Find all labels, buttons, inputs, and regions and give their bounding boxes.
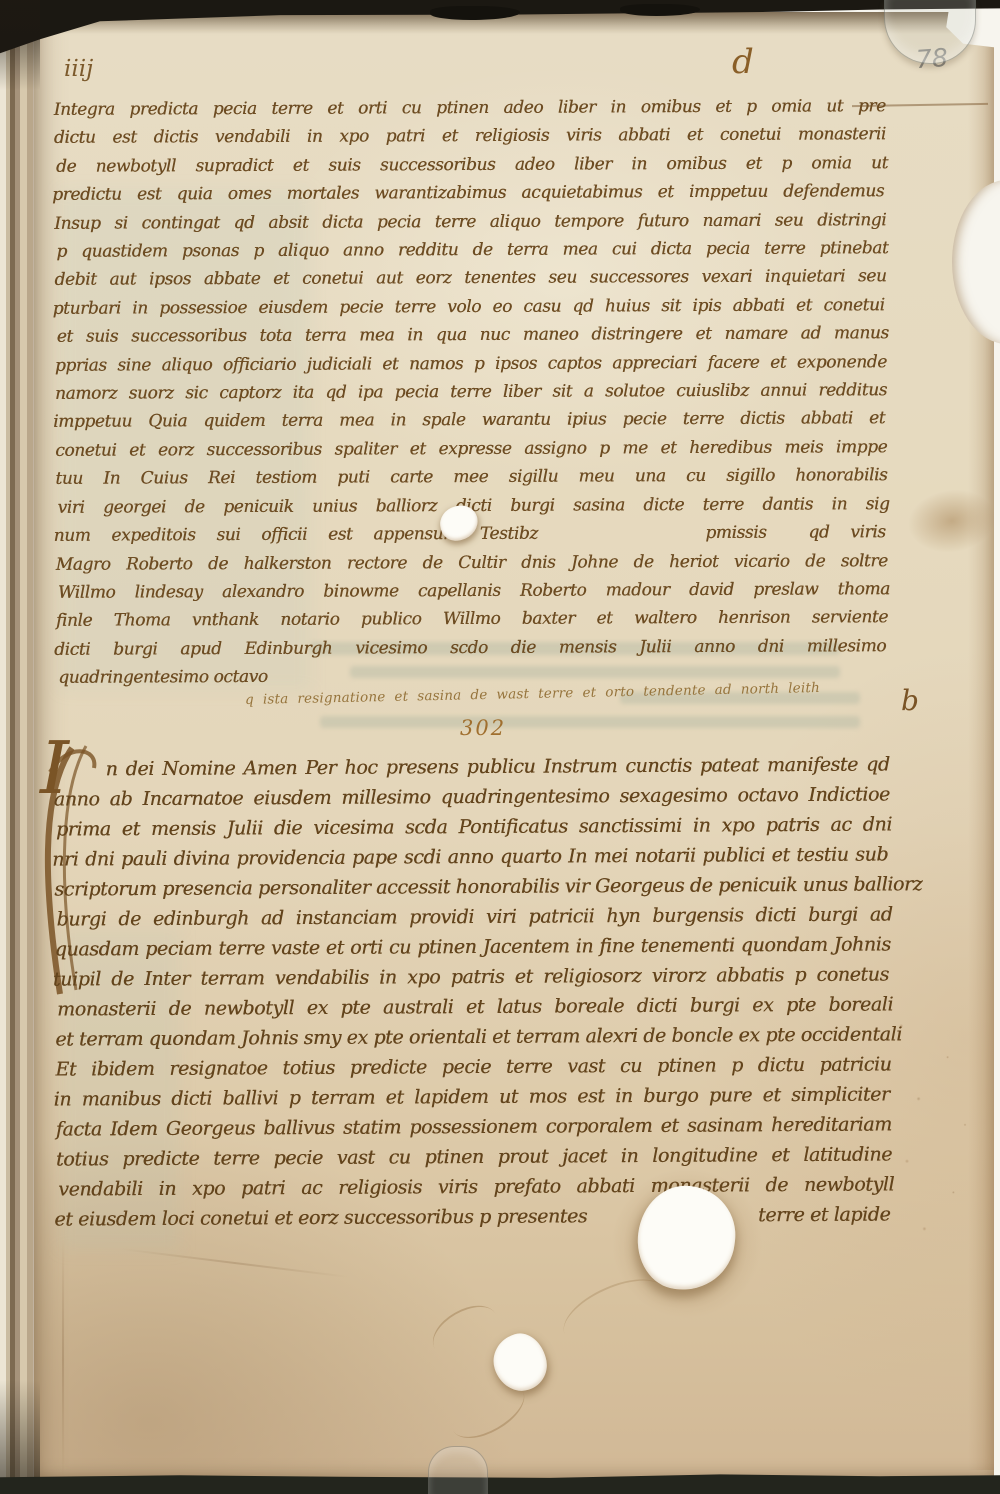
charter-line: predictu est quia omes mortales warantiz… (52, 177, 884, 209)
charter-line: de newbotyll supradict et suis successor… (56, 149, 888, 181)
charter-line: debit aut ipsos abbate et conetui aut eo… (54, 263, 886, 295)
charter-line: Insup si contingat qd absit dicta pecia … (54, 206, 886, 238)
charter-line: conetui et eorz successoribus spaliter e… (55, 433, 887, 465)
charter-line: Magro Roberto de halkerston rectore de C… (56, 547, 888, 579)
instrument-line: et eiusdem loci conetui et eorz successo… (54, 1199, 890, 1234)
charter-line: namorz suorz sic captorz ita qd ipa peci… (55, 376, 887, 408)
gutter-shadow-top (0, 0, 40, 90)
charter-line: dictu est dictis vendabili in xpo patri … (54, 121, 886, 153)
instrument-line: nri dni pauli divina providencia pape sc… (52, 839, 888, 874)
instrument-text-block: n dei Nomine Amen Per hoc presens public… (54, 749, 893, 1234)
glass-weight-strip-bottom (428, 1446, 488, 1494)
charter-line: Willmo lindesay alexandro binowme capell… (58, 575, 890, 607)
charter-line: tuu In Cuius Rei testiom puti carte mee … (55, 461, 887, 493)
instrument-line: burgi de edinburgh ad instanciam providi… (56, 899, 892, 934)
charter-line: pturbari in possessioe eiusdem pecie ter… (53, 291, 885, 323)
charter-line: finle Thoma vnthank notario publico Will… (56, 603, 888, 635)
charter-line: p quastidem psonas p aliquo anno redditu… (56, 234, 888, 266)
vertical-crease (62, 1240, 64, 1478)
instrument-line: monasterii de newbotyll ex pte australi … (57, 989, 893, 1024)
instrument-line: in manibus dicti ballivi p terram et lap… (54, 1079, 890, 1114)
quire-mark: iiij (64, 56, 93, 82)
charter-line: imppetuu Quia quidem terra mea in spale … (53, 405, 885, 437)
archival-number: 302 (460, 716, 506, 740)
charter-text-block: Integra predicta pecia terre et orti cu … (54, 92, 889, 692)
charter-line: dicti burgi apud Edinburgh vicesimo scdo… (54, 632, 886, 664)
verso-show-through-line (320, 716, 860, 728)
charter-line: et suis successoribus tota terra mea in … (57, 319, 889, 351)
charter-line: pprias sine aliquo officiario judiciali … (55, 348, 887, 380)
gathering-mark-top: d (732, 42, 754, 82)
instrument-line-left: et eiusdem loci conetui et eorz successo… (54, 1201, 587, 1234)
manuscript-page-photo: Integra predicta pecia terre et orti cu … (0, 0, 1000, 1494)
gathering-mark-side: b (901, 684, 919, 717)
charter-line: Integra predicta pecia terre et orti cu … (54, 92, 886, 124)
instrument-line-right: terre et lapide (758, 1199, 890, 1230)
